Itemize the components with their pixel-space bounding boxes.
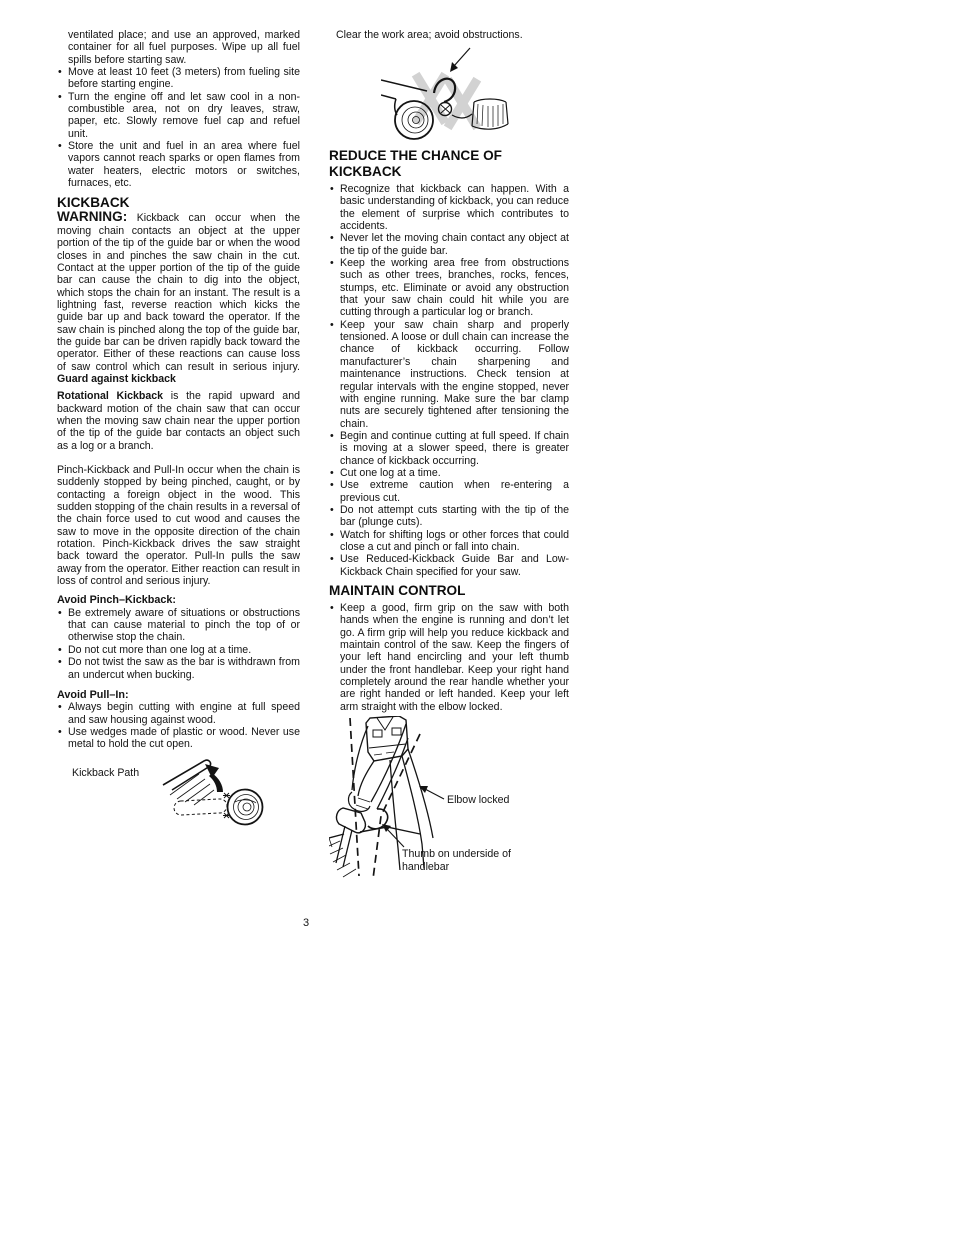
reduce-kickback-bullet: Use extreme caution when re-entering a p…	[329, 479, 569, 504]
reduce-kickback-bullet: Keep your saw chain sharp and properly t…	[329, 319, 569, 430]
left-column: ventilated place; and use an approved, m…	[57, 29, 300, 886]
maintain-control-figure: Elbow locked Thumb on underside of handl…	[329, 716, 569, 886]
chainsaw-obstructions-illustration	[381, 47, 513, 143]
warning-text: Kickback can occur when the moving chain…	[57, 212, 300, 372]
clear-work-area-figure	[381, 47, 569, 143]
reduce-kickback-bullet: Keep the working area free from obstruct…	[329, 257, 569, 319]
fuel-safety-bullet: Store the unit and fuel in an area where…	[57, 140, 300, 189]
avoid-pullin-bullet: Use wedges made of plastic or wood. Neve…	[57, 726, 300, 751]
continued-paragraph: ventilated place; and use an approved, m…	[57, 29, 300, 66]
page-content: ventilated place; and use an approved, m…	[57, 29, 569, 886]
kickback-path-label: Kickback Path	[72, 767, 139, 779]
reduce-kickback-bullet: Recognize that kickback can happen. With…	[329, 183, 569, 232]
avoid-pinch-bullet: Do not cut more than one log at a time.	[57, 644, 300, 656]
manual-page: { "page": { "number": "3" }, "left": { "…	[0, 0, 954, 1235]
fuel-safety-bullet: Move at least 10 feet (3 meters) from fu…	[57, 66, 300, 91]
reduce-kickback-bullet: Watch for shifting logs or other forces …	[329, 529, 569, 554]
clear-work-area-caption: Clear the work area; avoid obstructions.	[329, 29, 569, 42]
reduce-kickback-bullet: Do not attempt cuts starting with the ti…	[329, 504, 569, 529]
rotational-kickback-paragraph: Rotational Kickback is the rapid upward …	[57, 390, 300, 452]
reduce-kickback-bullet: Use Reduced-Kickback Guide Bar and Low-K…	[329, 553, 569, 578]
fuel-safety-bullet: Turn the engine off and let saw cool in …	[57, 91, 300, 140]
reduce-kickback-bullet: Begin and continue cutting at full speed…	[329, 430, 569, 467]
maintain-control-bullet: Keep a good, firm grip on the saw with b…	[329, 602, 569, 713]
pinch-pullin-paragraph: Pinch-Kickback and Pull-In occur when th…	[57, 464, 300, 587]
kickback-path-illustration	[161, 758, 267, 830]
thumb-underside-label: Thumb on underside of handlebar	[402, 848, 552, 874]
avoid-pull-in-label: Avoid Pull–In:	[57, 689, 300, 701]
avoid-pinch-bullet: Be extremely aware of situations or obst…	[57, 607, 300, 644]
avoid-pinch-bullet: Do not twist the saw as the bar is withd…	[57, 656, 300, 681]
reduce-kickback-heading: REDUCE THE CHANCE OF KICKBACK	[329, 148, 569, 180]
elbow-locked-label: Elbow locked	[447, 794, 509, 806]
page-number: 3	[294, 917, 318, 929]
rotational-kickback-label: Rotational Kickback	[57, 390, 163, 402]
kickback-path-figure: Kickback Path	[57, 756, 300, 830]
guard-against-kickback-text: Guard against kickback	[57, 373, 176, 385]
warning-paragraph: WARNING: Kickback can occur when the mov…	[57, 211, 300, 385]
maintain-control-heading: MAINTAIN CONTROL	[329, 583, 569, 599]
warning-label: WARNING:	[57, 209, 127, 224]
avoid-pullin-bullet: Always begin cutting with engine at full…	[57, 701, 300, 726]
reduce-kickback-bullet: Cut one log at a time.	[329, 467, 569, 479]
reduce-kickback-bullet: Never let the moving chain contact any o…	[329, 232, 569, 257]
right-column: Clear the work area; avoid obstructions.	[329, 29, 569, 886]
avoid-pinch-kickback-label: Avoid Pinch–Kickback:	[57, 594, 300, 606]
